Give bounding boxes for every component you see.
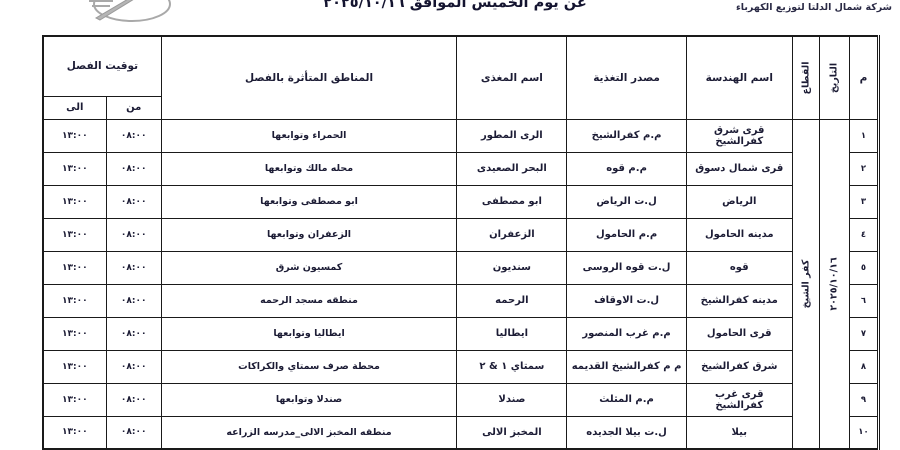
serial-cell: ٩ bbox=[849, 383, 878, 416]
table-row: ٤ مدينه الحامول م.م الحامول الزعفران الز… bbox=[43, 218, 879, 251]
outage-schedule-page: { "page_header": { "company_name": "شركة… bbox=[0, 0, 900, 450]
to-time-cell: ١٣:٠٠ bbox=[43, 284, 106, 317]
source-cell: ل.ت الرياض bbox=[567, 185, 686, 218]
serial-cell: ٣ bbox=[849, 185, 878, 218]
areas-cell: صندلا وتوابعها bbox=[161, 383, 457, 416]
areas-cell: منطقه المخبز الالى_مدرسه الزراعه bbox=[161, 416, 457, 449]
from-time-cell: ٠٨:٠٠ bbox=[106, 383, 161, 416]
from-time-cell: ٠٨:٠٠ bbox=[106, 152, 161, 185]
feeder-cell: سمتاي ١ & ٢ bbox=[457, 350, 567, 383]
from-time-cell: ٠٨:٠٠ bbox=[106, 284, 161, 317]
col-header-date: التاريخ bbox=[819, 36, 849, 119]
from-time-cell: ٠٨:٠٠ bbox=[106, 350, 161, 383]
date-merged-cell: ٢٠٢٥/١٠/١٦ bbox=[819, 119, 849, 449]
feeder-cell: الزعفران bbox=[457, 218, 567, 251]
feeder-cell: سنديون bbox=[457, 251, 567, 284]
to-time-cell: ١٣:٠٠ bbox=[43, 383, 106, 416]
feeder-cell: ايطاليا bbox=[457, 317, 567, 350]
outage-schedule-table: م التاريخ القطاع اسم الهندسة مصدر التغذي… bbox=[42, 35, 880, 450]
feeder-cell: المخبز الالى bbox=[457, 416, 567, 449]
source-cell: م.م قوه bbox=[567, 152, 686, 185]
feeder-cell: الرحمه bbox=[457, 284, 567, 317]
col-header-areas: المناطق المتأثرة بالفصل bbox=[161, 36, 457, 119]
from-time-cell: ٠٨:٠٠ bbox=[106, 185, 161, 218]
source-cell: ل.ت بيلا الجديده bbox=[567, 416, 686, 449]
areas-cell: منطقه مسجد الرحمه bbox=[161, 284, 457, 317]
serial-cell: ٦ bbox=[849, 284, 878, 317]
source-cell: م م كفرالشيخ القديمه bbox=[567, 350, 686, 383]
engineering-cell: بيلا bbox=[686, 416, 792, 449]
source-cell: م.م المثلث bbox=[567, 383, 686, 416]
to-time-cell: ١٣:٠٠ bbox=[43, 152, 106, 185]
areas-cell: محطة صرف سمتاي والكراكات bbox=[161, 350, 457, 383]
col-header-source: مصدر التغذية bbox=[567, 36, 686, 119]
company-name: شركة شمال الدلتا لتوزيع الكهرباء bbox=[736, 2, 892, 13]
from-time-cell: ٠٨:٠٠ bbox=[106, 416, 161, 449]
areas-cell: كمسيون شرق bbox=[161, 251, 457, 284]
to-time-cell: ١٣:٠٠ bbox=[43, 218, 106, 251]
col-header-timing: توقيت الفصل bbox=[43, 36, 161, 96]
from-time-cell: ٠٨:٠٠ bbox=[106, 317, 161, 350]
areas-cell: ابو مصطفى وتوابعها bbox=[161, 185, 457, 218]
engineering-cell: شرق كفرالشيخ bbox=[686, 350, 792, 383]
engineering-cell: مدينه كفرالشيخ bbox=[686, 284, 792, 317]
source-cell: م.م كفرالشيخ bbox=[567, 119, 686, 152]
engineering-cell: مدينه الحامول bbox=[686, 218, 792, 251]
engineering-cell: قرى شمال دسوق bbox=[686, 152, 792, 185]
table-row: ٩ قرى غرب كفرالشيخ م.م المثلث صندلا صندل… bbox=[43, 383, 879, 416]
to-time-cell: ١٣:٠٠ bbox=[43, 185, 106, 218]
engineering-cell: الرياض bbox=[686, 185, 792, 218]
to-time-cell: ١٣:٠٠ bbox=[43, 251, 106, 284]
col-header-sector: القطاع bbox=[792, 36, 819, 119]
from-time-cell: ٠٨:٠٠ bbox=[106, 218, 161, 251]
table-row: ١ ٢٠٢٥/١٠/١٦ كفر الشيخ قرى شرق كفرالشيخ … bbox=[43, 119, 879, 152]
to-time-cell: ١٣:٠٠ bbox=[43, 119, 106, 152]
areas-cell: الزعفران وتوابعها bbox=[161, 218, 457, 251]
feeder-cell: صندلا bbox=[457, 383, 567, 416]
table-row: ٦ مدينه كفرالشيخ ل.ت الاوقاف الرحمه منطق… bbox=[43, 284, 879, 317]
table-row: ٨ شرق كفرالشيخ م م كفرالشيخ القديمه سمتا… bbox=[43, 350, 879, 383]
col-header-serial: م bbox=[849, 36, 878, 119]
page-title: عن يوم الخميس الموافق ٢٠٢٥/١٠/١٦ bbox=[280, 0, 630, 11]
feeder-cell: ابو مصطفى bbox=[457, 185, 567, 218]
from-time-cell: ٠٨:٠٠ bbox=[106, 251, 161, 284]
engineering-cell: قرى شرق كفرالشيخ bbox=[686, 119, 792, 152]
serial-cell: ٤ bbox=[849, 218, 878, 251]
engineering-cell: قرى الحامول bbox=[686, 317, 792, 350]
serial-cell: ٥ bbox=[849, 251, 878, 284]
col-header-to: الى bbox=[43, 96, 106, 119]
table-row: ٣ الرياض ل.ت الرياض ابو مصطفى ابو مصطفى … bbox=[43, 185, 879, 218]
to-time-cell: ١٣:٠٠ bbox=[43, 350, 106, 383]
source-cell: م.م غرب المنصور bbox=[567, 317, 686, 350]
sector-merged-cell: كفر الشيخ bbox=[792, 119, 819, 449]
to-time-cell: ١٣:٠٠ bbox=[43, 317, 106, 350]
feeder-cell: الرى المطور bbox=[457, 119, 567, 152]
serial-cell: ١ bbox=[849, 119, 878, 152]
company-swoosh-logo-icon bbox=[80, 0, 175, 28]
serial-cell: ٢ bbox=[849, 152, 878, 185]
source-cell: ل.ت قوه الروسى bbox=[567, 251, 686, 284]
engineering-cell: قرى غرب كفرالشيخ bbox=[686, 383, 792, 416]
from-time-cell: ٠٨:٠٠ bbox=[106, 119, 161, 152]
feeder-cell: البحر الصعيدى bbox=[457, 152, 567, 185]
areas-cell: ايطاليا وتوابعها bbox=[161, 317, 457, 350]
table-row: ٢ قرى شمال دسوق م.م قوه البحر الصعيدى مح… bbox=[43, 152, 879, 185]
table-row: ٧ قرى الحامول م.م غرب المنصور ايطاليا اي… bbox=[43, 317, 879, 350]
areas-cell: الحمراء وتوابعها bbox=[161, 119, 457, 152]
source-cell: م.م الحامول bbox=[567, 218, 686, 251]
engineering-cell: قوه bbox=[686, 251, 792, 284]
col-header-from: من bbox=[106, 96, 161, 119]
col-header-engineering: اسم الهندسة bbox=[686, 36, 792, 119]
areas-cell: محله مالك وتوابعها bbox=[161, 152, 457, 185]
serial-cell: ١٠ bbox=[849, 416, 878, 449]
col-header-feeder: اسم المغذى bbox=[457, 36, 567, 119]
serial-cell: ٨ bbox=[849, 350, 878, 383]
table-row: ٥ قوه ل.ت قوه الروسى سنديون كمسيون شرق ٠… bbox=[43, 251, 879, 284]
source-cell: ل.ت الاوقاف bbox=[567, 284, 686, 317]
serial-cell: ٧ bbox=[849, 317, 878, 350]
to-time-cell: ١٣:٠٠ bbox=[43, 416, 106, 449]
table-row: ١٠ بيلا ل.ت بيلا الجديده المخبز الالى من… bbox=[43, 416, 879, 449]
